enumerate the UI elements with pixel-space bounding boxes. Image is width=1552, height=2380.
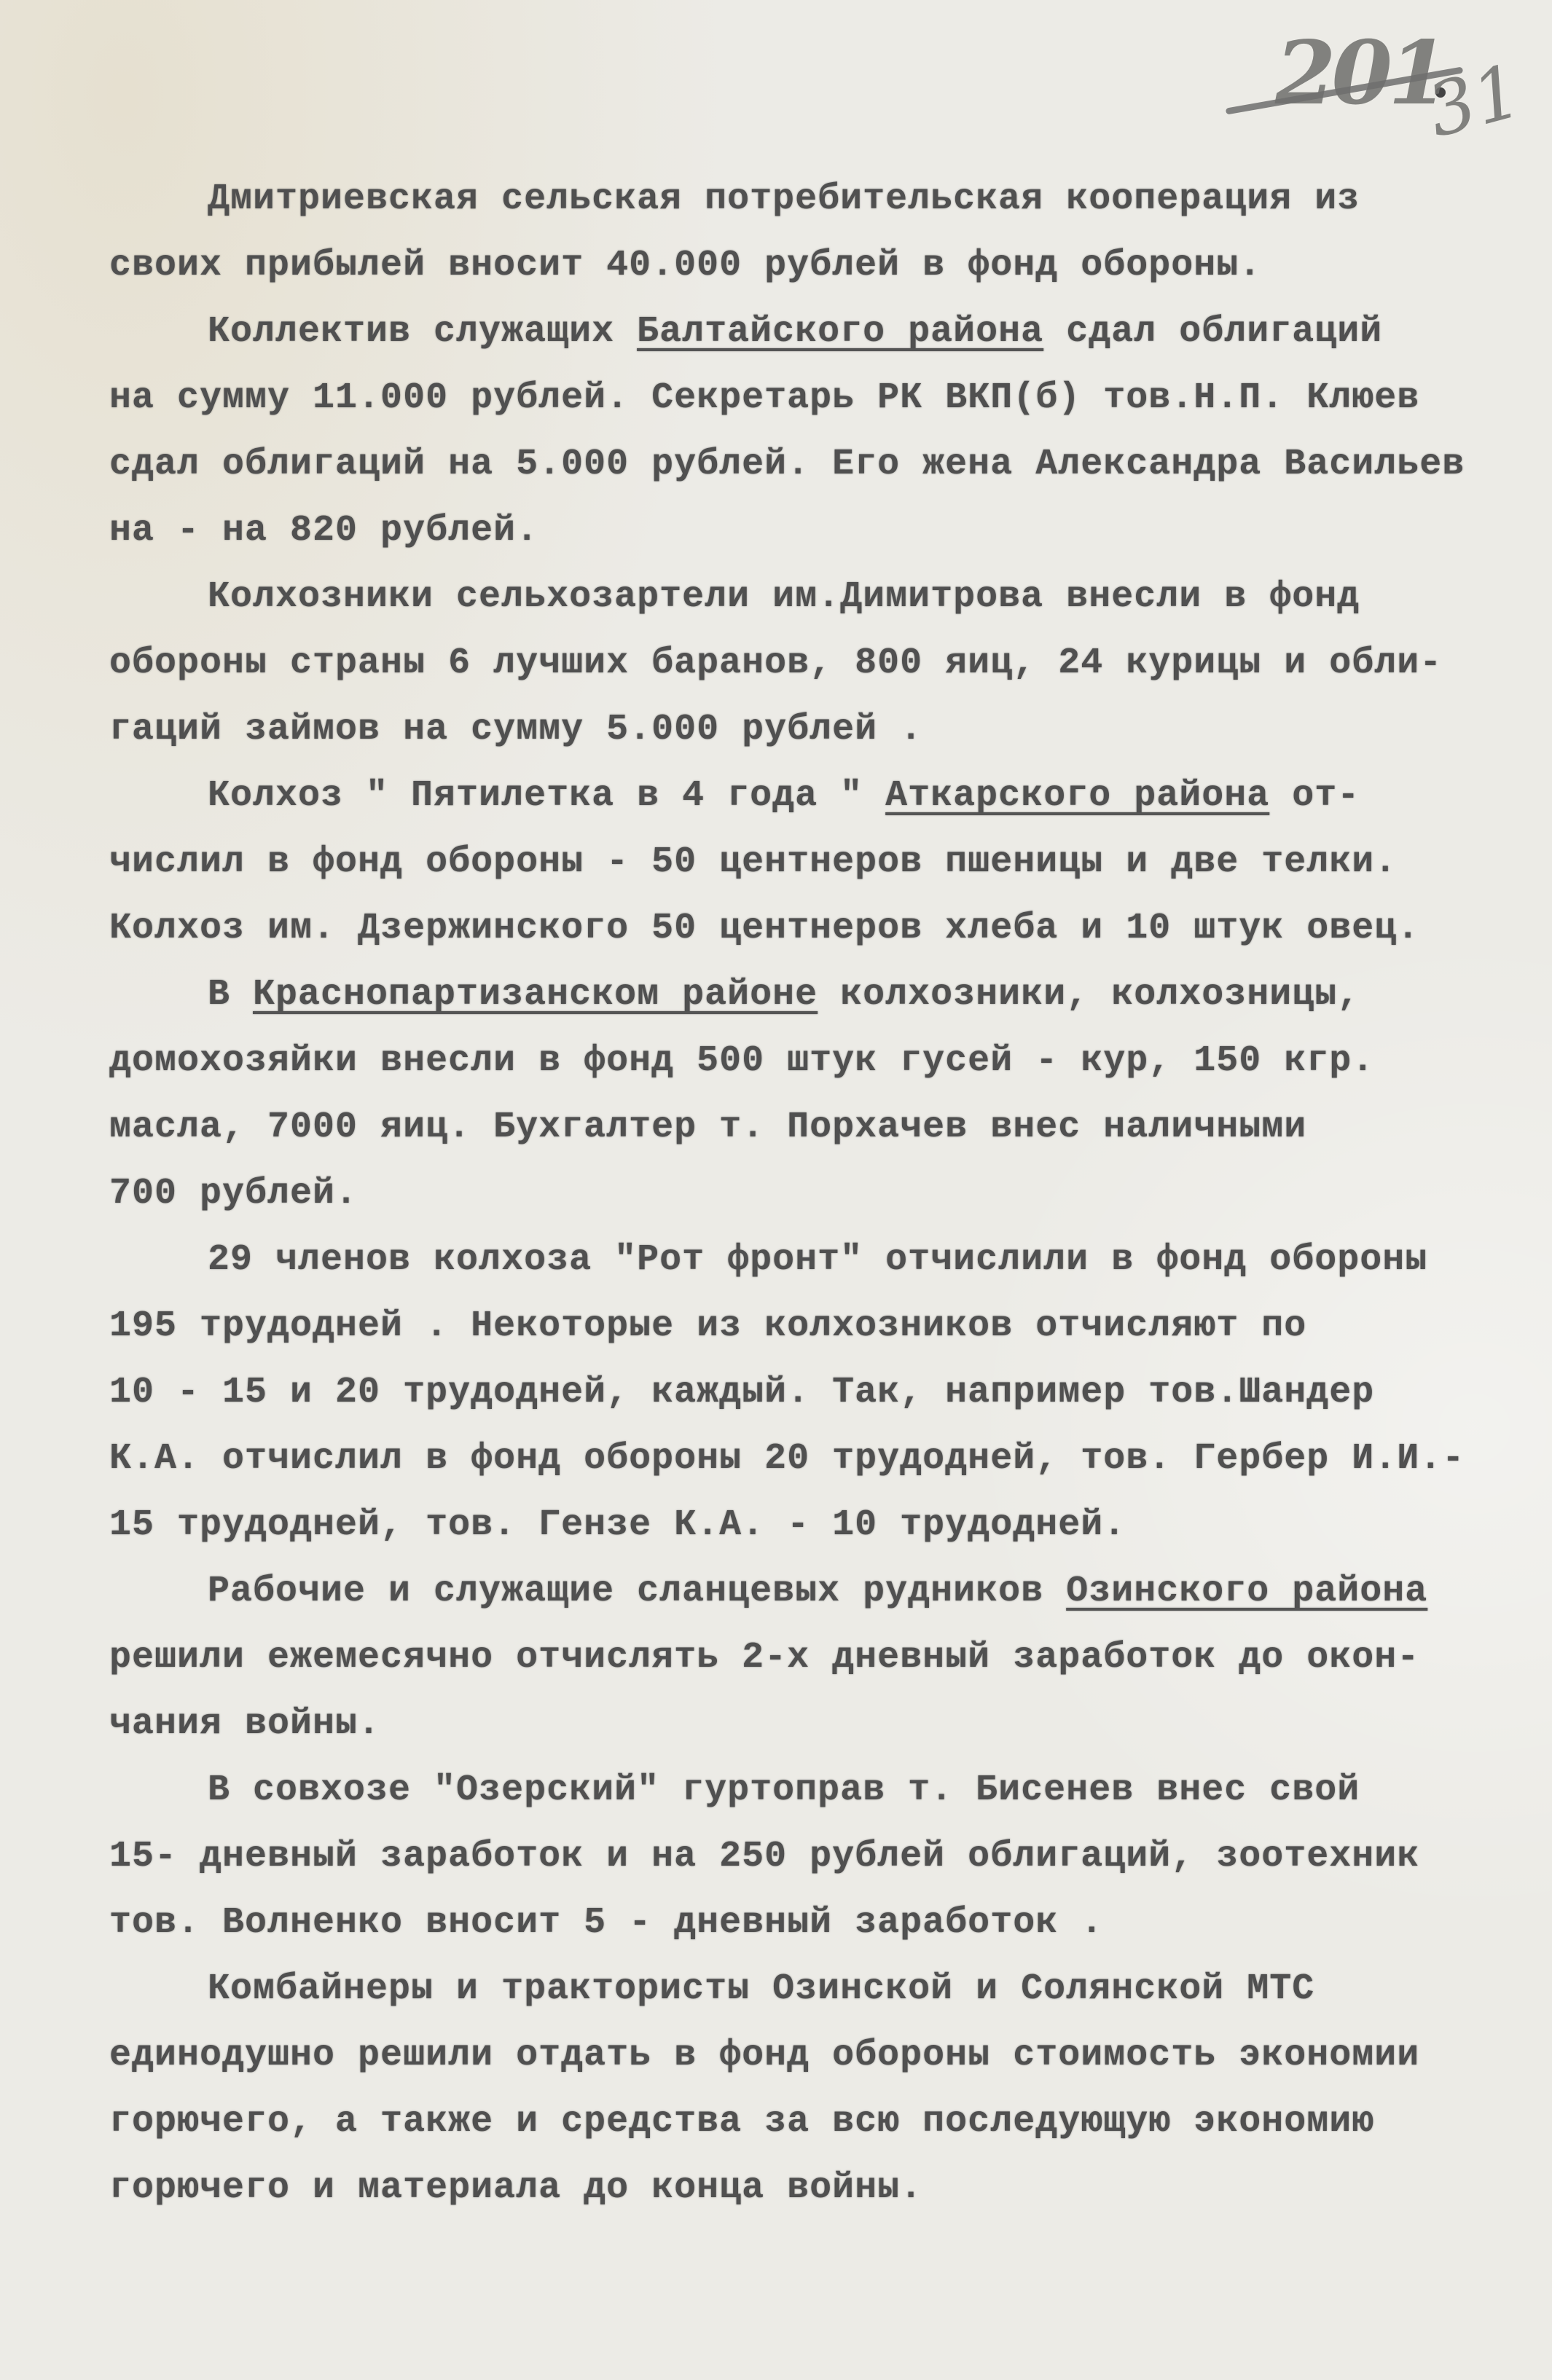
text-line: сдал облигаций на 5.000 рублей. Его жена… <box>109 431 1537 498</box>
text-segment: 29 членов колхоза "Рот фронт" отчислили … <box>208 1239 1427 1281</box>
text-segment: на сумму 11.000 рублей. Секретарь РК ВКП… <box>109 377 1419 419</box>
paragraph: Дмитриевская сельская потребительская ко… <box>109 166 1537 299</box>
text-segment: 10 - 15 и 20 трудодней, каждый. Так, нап… <box>109 1372 1374 1413</box>
text-line: масла, 7000 яиц. Бухгалтер т. Порхачев в… <box>109 1094 1537 1160</box>
text-segment: от- <box>1269 775 1360 817</box>
text-line: Коллектив служащих Балтайского района сд… <box>109 299 1537 365</box>
text-segment: В совхозе "Озерский" гуртоправ т. Бисене… <box>208 1770 1360 1811</box>
text-line: Комбайнеры и трактористы Озинской и Соля… <box>109 1956 1537 2022</box>
text-segment: сдал облигаций <box>1043 311 1382 353</box>
text-line: на сумму 11.000 рублей. Секретарь РК ВКП… <box>109 365 1537 431</box>
text-segment: горючего и материала до конца войны. <box>109 2167 922 2209</box>
paragraph: В совхозе "Озерский" гуртоправ т. Бисене… <box>109 1757 1537 1956</box>
text-line: единодушно решили отдать в фонд обороны … <box>109 2022 1537 2089</box>
text-line: чания войны. <box>109 1691 1537 1757</box>
text-segment: Коллектив служащих <box>208 311 637 353</box>
text-line: домохозяйки внесли в фонд 500 штук гусей… <box>109 1028 1537 1094</box>
text-segment: горючего, а также и средства за всю посл… <box>109 2101 1374 2143</box>
text-segment: обороны страны 6 лучших баранов, 800 яиц… <box>109 643 1442 684</box>
text-segment: масла, 7000 яиц. Бухгалтер т. Порхачев в… <box>109 1107 1306 1148</box>
text-segment: чания войны. <box>109 1703 380 1745</box>
text-segment: решили ежемесячно отчислять 2-х дневный … <box>109 1637 1419 1678</box>
text-line: горючего и материала до конца войны. <box>109 2155 1537 2221</box>
text-segment: В <box>208 974 253 1016</box>
text-segment: 15- дневный заработок и на 250 рублей об… <box>109 1836 1419 1877</box>
text-segment: Колхозники сельхозартели им.Димитрова вн… <box>208 576 1360 618</box>
text-segment: домохозяйки внесли в фонд 500 штук гусей… <box>109 1040 1374 1082</box>
underlined-district-name: Аткарского района <box>885 775 1269 817</box>
underlined-district-name: Краснопартизанском районе <box>253 974 818 1016</box>
text-line: Рабочие и служащие сланцевых рудников Оз… <box>109 1558 1537 1625</box>
text-line: числил в фонд обороны - 50 центнеров пше… <box>109 829 1537 895</box>
text-line: В совхозе "Озерский" гуртоправ т. Бисене… <box>109 1757 1537 1823</box>
text-segment: колхозники, колхозницы, <box>818 974 1360 1016</box>
text-line: Колхоз им. Дзержинского 50 центнеров хле… <box>109 895 1537 962</box>
text-line: своих прибылей вносит 40.000 рублей в фо… <box>109 232 1537 299</box>
text-segment: 700 рублей. <box>109 1173 358 1214</box>
text-segment: Колхоз им. Дзержинского 50 центнеров хле… <box>109 908 1419 949</box>
text-line: Дмитриевская сельская потребительская ко… <box>109 166 1537 232</box>
text-line: Колхоз " Пятилетка в 4 года " Аткарского… <box>109 763 1537 829</box>
underlined-district-name: Балтайского района <box>637 311 1043 353</box>
text-line: 15- дневный заработок и на 250 рублей об… <box>109 1823 1537 1890</box>
paragraph: Коллектив служащих Балтайского района сд… <box>109 299 1537 564</box>
text-line: 195 трудодней . Некоторые из колхозников… <box>109 1293 1537 1359</box>
text-segment: 15 трудодней, тов. Гензе К.А. - 10 трудо… <box>109 1504 1126 1546</box>
text-line: 10 - 15 и 20 трудодней, каждый. Так, нап… <box>109 1359 1537 1426</box>
text-segment: своих прибылей вносит 40.000 рублей в фо… <box>109 245 1261 286</box>
text-line: В Краснопартизанском районе колхозники, … <box>109 962 1537 1028</box>
paragraph: Колхоз " Пятилетка в 4 года " Аткарского… <box>109 763 1537 962</box>
text-line: гаций займов на сумму 5.000 рублей . <box>109 696 1537 763</box>
archive-page-number: 201 31 <box>1239 15 1486 160</box>
text-line: решили ежемесячно отчислять 2-х дневный … <box>109 1625 1537 1691</box>
paragraph: Рабочие и служащие сланцевых рудников Оз… <box>109 1558 1537 1757</box>
paragraph: Комбайнеры и трактористы Озинской и Соля… <box>109 1956 1537 2221</box>
text-line: горючего, а также и средства за всю посл… <box>109 2089 1537 2155</box>
text-segment: Рабочие и служащие сланцевых рудников <box>208 1571 1066 1612</box>
text-line: 15 трудодней, тов. Гензе К.А. - 10 трудо… <box>109 1492 1537 1558</box>
text-segment: Комбайнеры и трактористы Озинской и Соля… <box>208 1968 1314 2010</box>
text-segment: гаций займов на сумму 5.000 рублей . <box>109 709 922 750</box>
text-segment: числил в фонд обороны - 50 центнеров пше… <box>109 841 1397 883</box>
text-segment: 195 трудодней . Некоторые из колхозников… <box>109 1305 1306 1347</box>
paragraph: 29 членов колхоза "Рот фронт" отчислили … <box>109 1227 1537 1558</box>
text-line: К.А. отчислил в фонд обороны 20 трудодне… <box>109 1426 1537 1492</box>
document-page: 201 31 Дмитриевская сельская потребитель… <box>0 0 1552 2380</box>
text-line: Колхозники сельхозартели им.Димитрова вн… <box>109 564 1537 630</box>
underlined-district-name: Озинского района <box>1066 1571 1427 1612</box>
text-segment: К.А. отчислил в фонд обороны 20 трудодне… <box>109 1438 1465 1480</box>
text-line: тов. Волненко вносит 5 - дневный заработ… <box>109 1890 1537 1956</box>
text-line: на - на 820 рублей. <box>109 498 1537 564</box>
paragraph: В Краснопартизанском районе колхозники, … <box>109 962 1537 1227</box>
text-segment: сдал облигаций на 5.000 рублей. Его жена… <box>109 444 1465 485</box>
typewritten-text: Дмитриевская сельская потребительская ко… <box>109 166 1537 2221</box>
text-segment: тов. Волненко вносит 5 - дневный заработ… <box>109 1902 1103 1944</box>
paragraph: Колхозники сельхозартели им.Димитрова вн… <box>109 564 1537 763</box>
text-line: 29 членов колхоза "Рот фронт" отчислили … <box>109 1227 1537 1293</box>
text-segment: на - на 820 рублей. <box>109 510 538 551</box>
text-line: обороны страны 6 лучших баранов, 800 яиц… <box>109 630 1537 696</box>
text-line: 700 рублей. <box>109 1160 1537 1227</box>
text-segment: Колхоз " Пятилетка в 4 года " <box>208 775 885 817</box>
text-segment: единодушно решили отдать в фонд обороны … <box>109 2035 1419 2076</box>
text-segment: Дмитриевская сельская потребительская ко… <box>208 178 1360 220</box>
